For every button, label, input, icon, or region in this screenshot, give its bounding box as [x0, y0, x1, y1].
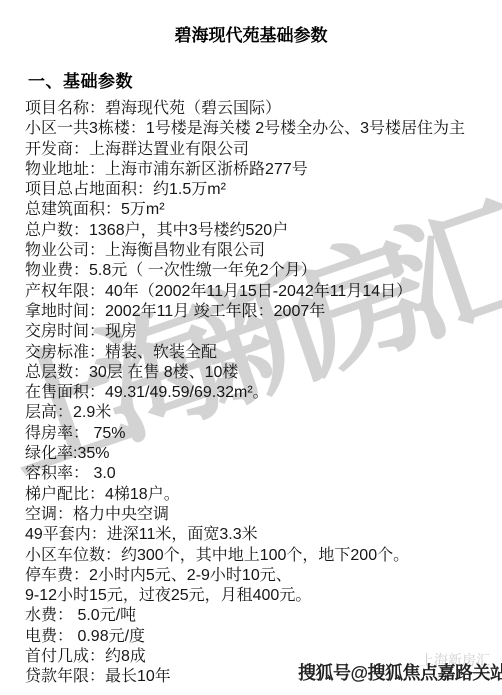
parameter-line: 拿地时间：2002年11月 竣工年限：2007年 [25, 302, 498, 322]
parameter-line: 层高：2.9米 [25, 403, 498, 423]
parameter-line: 物业费：5.8元（ 一次性缴一年免2个月） [25, 261, 498, 281]
parameter-line: 容积率： 3.0 [25, 464, 498, 484]
document-page: 上海新房汇 碧海现代苑基础参数 一、基础参数 项目名称：碧海现代苑（碧云国际）小… [0, 0, 502, 695]
page-title: 碧海现代苑基础参数 [0, 21, 502, 46]
parameter-line: 得房率： 75% [25, 424, 498, 444]
parameter-line: 空调：格力中央空调 [25, 505, 498, 525]
parameter-line: 总层数：30层 在售 8楼、10楼 [25, 363, 498, 383]
parameter-line: 项目总占地面积：约1.5万m² [25, 180, 498, 200]
section-heading: 一、基础参数 [28, 67, 133, 92]
parameter-line: 49平套内：进深11米，面宽3.3米 [25, 525, 498, 545]
parameter-line: 物业公司：上海衡昌物业有限公司 [25, 241, 498, 261]
sohu-account-watermark: 搜狐号@搜狐焦点嘉路关站 [298, 659, 502, 685]
parameter-line: 产权年限：40年（2002年11月15日-2042年11月14日） [25, 282, 498, 302]
parameter-line: 交房时间：现房 [25, 322, 498, 342]
parameter-line: 开发商：上海群达置业有限公司 [25, 140, 498, 160]
parameter-line: 绿化率:35% [25, 444, 498, 464]
parameter-line: 总户数：1368户，其中3号楼约520户 [25, 221, 498, 241]
parameter-line: 总建筑面积：5万m² [25, 200, 498, 220]
parameter-line: 水费： 5.0元/吨 [25, 606, 498, 626]
parameter-list: 项目名称：碧海现代苑（碧云国际）小区一共3栋楼：1号楼是海关楼 2号楼全办公、3… [25, 99, 498, 688]
parameter-line: 电费： 0.98元/度 [25, 627, 498, 647]
parameter-line: 小区一共3栋楼：1号楼是海关楼 2号楼全办公、3号楼居住为主 [25, 119, 498, 139]
parameter-line: 停车费：2小时内5元、2-9小时10元、 [25, 566, 498, 586]
parameter-line: 物业地址：上海市浦东新区浙桥路277号 [25, 160, 498, 180]
parameter-line: 梯户配比：4梯18户。 [25, 485, 498, 505]
parameter-line: 9-12小时15元，过夜25元，月租400元。 [25, 586, 498, 606]
parameter-line: 小区车位数：约300个，其中地上100个，地下200个。 [25, 546, 498, 566]
parameter-line: 交房标准：精装、软装全配 [25, 343, 498, 363]
parameter-line: 在售面积：49.31/49.59/69.32m²。 [25, 383, 498, 403]
parameter-line: 项目名称：碧海现代苑（碧云国际） [25, 99, 498, 119]
